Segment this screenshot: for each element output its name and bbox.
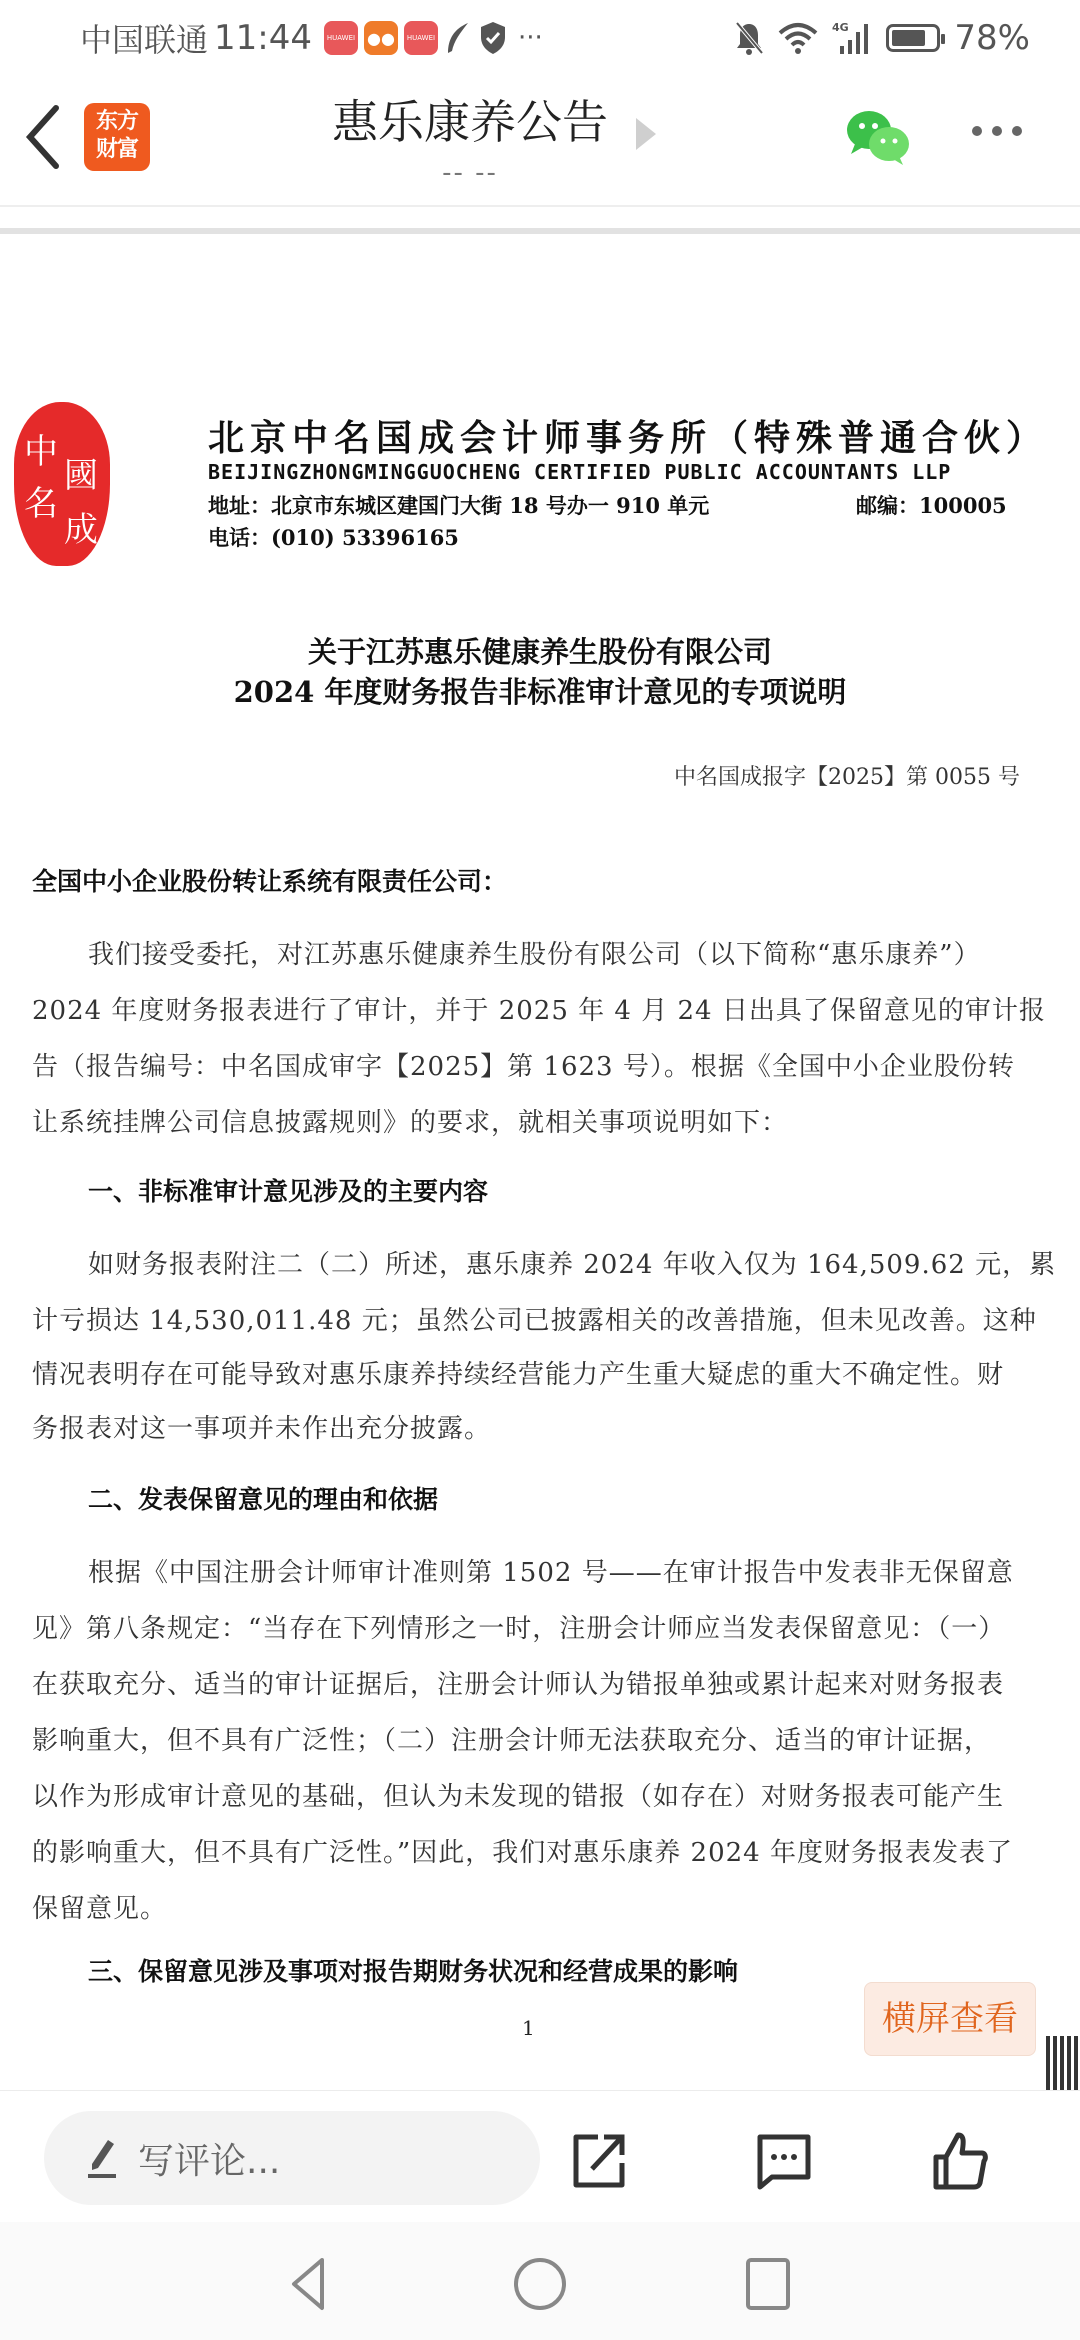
system-nav-bar bbox=[0, 2222, 1080, 2340]
seal-char: 中 bbox=[24, 424, 58, 473]
intro-line: 我们接受委托，对江苏惠乐健康养生股份有限公司（以下简称“惠乐康养”） bbox=[88, 934, 981, 971]
nav-home-button[interactable] bbox=[512, 2256, 572, 2312]
doc-title-line1: 关于江苏惠乐健康养生股份有限公司 bbox=[0, 630, 1080, 671]
huawei-app-icon: HUAWEI bbox=[324, 21, 358, 55]
comment-input[interactable]: 写评论... bbox=[44, 2111, 540, 2205]
brand-logo-line2: 财富 bbox=[84, 136, 150, 164]
section2-line: 根据《中国注册会计师审计准则第 1502 号——在审计报告中发表非无保留意 bbox=[88, 1552, 1014, 1589]
firm-zip: 邮编：100005 bbox=[856, 490, 1007, 520]
title-arrow-icon[interactable] bbox=[636, 118, 656, 150]
seal-char: 成 bbox=[64, 502, 98, 551]
dot-icon bbox=[1012, 126, 1022, 136]
section2-line: 影响重大，但不具有广泛性；（二）注册会计师无法获取充分、适当的审计证据， bbox=[32, 1720, 991, 1757]
section2-line: 见》第八条规定：“当存在下列情形之一时，注册会计师应当发表保留意见：（一） bbox=[32, 1608, 1005, 1645]
wechat-share-button[interactable] bbox=[845, 108, 911, 166]
landscape-view-button[interactable]: 横屏查看 bbox=[864, 1982, 1036, 2056]
bottom-action-bar: 写评论... bbox=[0, 2090, 1080, 2222]
wifi-icon bbox=[778, 21, 818, 55]
section1-line: 如财务报表附注二（二）所述，惠乐康养 2024 年收入仅为 164,509.62… bbox=[88, 1244, 1056, 1281]
app-header: 东方 财富 惠乐康养公告 -- -- bbox=[0, 76, 1080, 206]
share-icon[interactable] bbox=[570, 2131, 630, 2191]
addressee: 全国中小企业股份转让系统有限责任公司： bbox=[32, 862, 507, 898]
document-viewer[interactable]: 中 名 國 成 北京中名国成会计师事务所（特殊普通合伙） BEIJINGZHON… bbox=[0, 234, 1080, 2090]
brand-logo-line1: 东方 bbox=[84, 108, 150, 136]
intro-line: 2024 年度财务报表进行了审计，并于 2025 年 4 月 24 日出具了保留… bbox=[32, 990, 1046, 1027]
status-right: 4G 78% bbox=[734, 14, 1030, 62]
bell-muted-icon bbox=[734, 20, 764, 56]
section2-line: 的影响重大，但不具有广泛性。”因此，我们对惠乐康养 2024 年度财务报表发表了 bbox=[32, 1832, 1013, 1869]
doc-title-line2: 2024 年度财务报告非标准审计意见的专项说明 bbox=[0, 670, 1080, 711]
nav-recent-apps-button[interactable] bbox=[740, 2256, 800, 2312]
page-subtitle: -- -- bbox=[320, 158, 620, 188]
section1-line: 务报表对这一事项并未作出充分披露。 bbox=[32, 1408, 491, 1445]
section2-heading: 二、发表保留意见的理由和依据 bbox=[88, 1480, 438, 1516]
page-number: 1 bbox=[522, 2016, 535, 2040]
reference-number: 中名国成报字【2025】第 0055 号 bbox=[674, 760, 1020, 791]
more-options-button[interactable] bbox=[972, 126, 1022, 136]
page-title: 惠乐康养公告 bbox=[320, 86, 620, 152]
status-bar: 中国联通 11:44 HUAWEI ●● HUAWEI ··· 4G 78% bbox=[0, 0, 1080, 76]
qr-code-icon bbox=[1046, 2036, 1080, 2092]
battery-percent: 78% bbox=[954, 18, 1030, 58]
firm-name-en: BEIJINGZHONGMINGGUOCHENG CERTIFIED PUBLI… bbox=[208, 460, 951, 484]
pencil-icon bbox=[86, 2136, 120, 2180]
comment-placeholder: 写评论... bbox=[138, 2133, 280, 2184]
section1-line: 计亏损达 14,530,011.48 元；虽然公司已披露相关的改善措施，但未见改… bbox=[32, 1300, 1037, 1337]
feather-icon bbox=[444, 21, 472, 55]
shield-check-icon bbox=[478, 20, 508, 56]
seal-char: 國 bbox=[64, 448, 98, 497]
firm-name-cn: 北京中名国成会计师事务所（特殊普通合伙） bbox=[208, 410, 1048, 461]
dot-icon bbox=[992, 126, 1002, 136]
intro-line: 让系统挂牌公司信息披露规则》的要求，就相关事项说明如下： bbox=[32, 1102, 788, 1139]
carrier-label: 中国联通 bbox=[80, 15, 208, 61]
dot-icon bbox=[972, 126, 982, 136]
eastmoney-logo[interactable]: 东方 财富 bbox=[84, 103, 150, 171]
seal-char: 名 bbox=[24, 476, 58, 525]
section2-line: 在获取充分、适当的审计证据后，注册会计师认为错报单独或累计起来对财务报表 bbox=[32, 1664, 1004, 1701]
header-divider bbox=[0, 205, 1080, 207]
status-left: 中国联通 11:44 HUAWEI ●● HUAWEI ··· bbox=[80, 14, 547, 62]
section1-heading: 一、非标准审计意见涉及的主要内容 bbox=[88, 1172, 488, 1208]
battery-icon bbox=[886, 24, 940, 52]
back-button[interactable] bbox=[20, 102, 66, 172]
nav-back-button[interactable] bbox=[282, 2256, 342, 2312]
firm-seal-logo: 中 名 國 成 bbox=[14, 402, 110, 566]
firm-address: 地址：北京市东城区建国门大街 18 号办一 910 单元 bbox=[208, 490, 709, 520]
section3-heading: 三、保留意见涉及事项对报告期财务状况和经营成果的影响 bbox=[88, 1952, 738, 1988]
svg-text:4G: 4G bbox=[832, 21, 849, 34]
section2-line: 保留意见。 bbox=[32, 1888, 167, 1925]
firm-phone: 电话：(010) 53396165 bbox=[208, 522, 459, 552]
intro-line: 告（报告编号：中名国成审字【2025】第 1623 号）。根据《全国中小企业股份… bbox=[32, 1046, 1015, 1083]
section2-line: 以作为形成审计意见的基础，但认为未发现的错报（如存在）对财务报表可能产生 bbox=[32, 1776, 1004, 1813]
comment-icon[interactable] bbox=[754, 2131, 814, 2191]
4g-signal-icon: 4G bbox=[832, 20, 872, 56]
fox-app-icon: ●● bbox=[364, 21, 398, 55]
clock: 11:44 bbox=[214, 18, 312, 58]
like-icon[interactable] bbox=[930, 2131, 990, 2191]
section1-line: 情况表明存在可能导致对惠乐康养持续经营能力产生重大疑虑的重大不确定性。财 bbox=[32, 1354, 1004, 1391]
more-notifications-icon: ··· bbox=[518, 23, 543, 53]
huawei-app-icon: HUAWEI bbox=[404, 21, 438, 55]
